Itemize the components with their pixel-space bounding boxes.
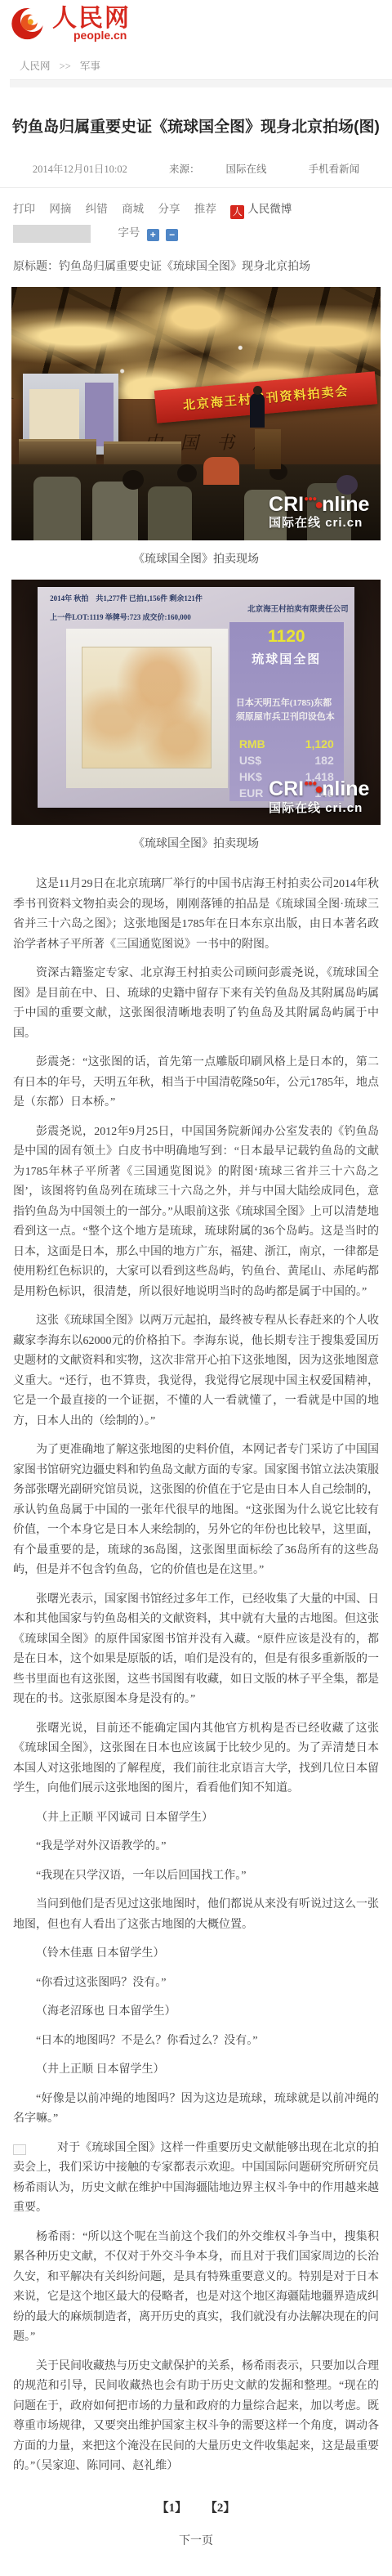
people-weibo-label: 人民微博 xyxy=(247,203,292,215)
fontsize-increase-button[interactable]: + xyxy=(147,229,159,241)
article-toolbar: 打印 网摘 纠错 商城 分享 推荐 人人民微博 字号 + − xyxy=(0,188,392,246)
paragraph: （海老沼琢也 日本留学生） xyxy=(13,2002,379,2023)
paragraph: “我是学对外汉语教学的。” xyxy=(13,1837,379,1857)
paragraph: “我现在只学汉语，一年以后回国找工作。” xyxy=(13,1866,379,1887)
people-cn-swoosh-icon xyxy=(10,5,47,47)
audience-red-jacket xyxy=(203,457,239,485)
lot-number: 1120 xyxy=(236,627,337,647)
screen-previous-lot-line: 上一件LOT:1119 举牌号:723 成交价:160,000 xyxy=(50,612,191,622)
screen-panel-thumb xyxy=(85,383,114,446)
article-body: 这是11月29日在北京琉璃厂举行的中国书店海王村拍卖公司2014年秋季书刊资料文… xyxy=(0,864,392,2477)
people-cn-logo[interactable]: 人民网 people.cn xyxy=(10,5,392,47)
paragraph: 彭震尧：“这张图的话，首先第一点雕版印刷风格上是日本的，第二有日本的年号，天明五… xyxy=(13,1053,379,1113)
site-header: 人民网 people.cn 人民网 >> 军事 xyxy=(0,0,392,87)
photo2-caption: 《琉球国全图》拍卖现场 xyxy=(0,835,392,851)
paragraph: 彭震尧说，2012年9月25日，中国国务院新闻办公室发表的《钓鱼岛是中国的固有领… xyxy=(13,1122,379,1303)
breadcrumb-separator: >> xyxy=(60,60,71,72)
cri-watermark: CRI●●●●nline 国际在线 cri.cn xyxy=(269,493,369,531)
price-row: US$182 xyxy=(236,752,337,768)
paragraph: “你看过这张图吗？没有。” xyxy=(13,1973,379,1994)
original-title: 原标题：钓鱼岛归属重要史证《琉球国全图》现身北京拍场 xyxy=(0,246,392,277)
auctioneer-silhouette xyxy=(250,393,265,428)
print-button[interactable]: 打印 xyxy=(13,198,35,221)
paragraph: 杨希雨：“所以这个呢在当前这个我们的外交维权斗争当中，搜集积累各种历史文献，不仅… xyxy=(13,2228,379,2348)
correction-button[interactable]: 纠错 xyxy=(86,198,108,221)
breadcrumb-home-link[interactable]: 人民网 xyxy=(20,60,51,72)
lot-name: 琉球国全图 xyxy=(236,650,337,667)
screen-company-name: 北京海王村拍卖有限责任公司 xyxy=(247,603,349,614)
paragraph: “日本的地图吗？不是么？你看过么？没有。” xyxy=(13,2032,379,2052)
cri-watermark: CRI●●●●nline 国际在线 cri.cn xyxy=(269,777,369,815)
paragraph: “好像是以前冲绳的地图吗？因为这边是琉球，琉球就是以前冲绳的名字嘛。” xyxy=(13,2090,379,2130)
paragraph: 张曙光表示，国家图书馆经过多年工作，已经收集了大量的中国、日本和其他国家与钓鱼岛… xyxy=(13,1590,379,1710)
lot-description: 日本天明五年(1785)东都须原屋市兵卫刊印设色本 xyxy=(236,697,337,724)
source-link[interactable]: 国际在线 xyxy=(225,164,266,175)
article-title: 钓鱼岛归属重要史证《琉球国全图》现身北京拍场(图) xyxy=(0,98,392,148)
people-weibo-link[interactable]: 人人民微博 xyxy=(230,198,292,221)
mobile-news-link[interactable]: 手机看新闻 xyxy=(309,164,360,175)
paragraph: （井上正顺 日本留学生） xyxy=(13,2060,379,2081)
broken-image-placeholder xyxy=(13,2144,26,2155)
paragraph: 这是11月29日在北京琉璃厂举行的中国书店海王村拍卖公司2014年秋季书刊资料文… xyxy=(13,875,379,955)
ryukyu-map-image xyxy=(82,647,212,768)
paragraph: 为了更准确地了解这张地图的史料价值，本网记者专门采访了中国国家图书馆研究边疆史料… xyxy=(13,1440,379,1581)
page-1-link[interactable]: 【1】 xyxy=(157,2502,188,2515)
people-weibo-icon: 人 xyxy=(230,205,244,219)
page-2-link[interactable]: 【2】 xyxy=(205,2502,236,2515)
recommend-button[interactable]: 推荐 xyxy=(194,198,216,221)
paragraph: （井上正顺 平冈诚司 日本留学生） xyxy=(13,1808,379,1829)
paragraph: 这张《琉球国全图》以两万元起拍，最终被专程从长春赶来的个人收藏家李海东以6200… xyxy=(13,1311,379,1431)
article-meta: 2014年12月01日10:02 来源：国际在线 手机看新闻 xyxy=(0,158,392,188)
paragraph: 对于《琉球国全图》这样一件重要历史文献能够出现在北京的拍卖会上，我们采访中接触的… xyxy=(13,2139,379,2219)
digest-button[interactable]: 网摘 xyxy=(49,198,71,221)
share-button[interactable]: 分享 xyxy=(158,198,180,221)
photo1-caption: 《琉球国全图》拍卖现场 xyxy=(0,550,392,567)
auction-hall-photo: 中国书店 北京海王村书刊资料拍卖会 CRI●●●●nline 国际在线 cri.… xyxy=(11,287,381,540)
paragraph: 张曙光说，目前还不能确定国内其他官方机构是否已经收藏了这张《琉球国全图》，这张图… xyxy=(13,1719,379,1799)
podium xyxy=(255,429,281,470)
header-divider-band xyxy=(10,79,392,87)
breadcrumb-section-link[interactable]: 军事 xyxy=(80,60,100,72)
fontsize-label: 字号 xyxy=(118,226,140,239)
chair-silhouette xyxy=(92,482,138,540)
paragraph: 关于民间收藏热与历史文献保护的关系，杨希雨表示，只要加以合理的规范和引导，民间收… xyxy=(13,2357,379,2477)
pagination: 【1】 【2】 xyxy=(0,2498,392,2516)
paragraph: 资深古籍鉴定专家、北京海王村拍卖公司顾问彭震尧说，《琉球国全图》是目前在中、日、… xyxy=(13,964,379,1044)
paragraph: 当问到他们是否见过这张地图时，他们都说从来没有听说过这么一张地图，但也有人看出了… xyxy=(13,1895,379,1935)
ad-placeholder xyxy=(13,225,91,243)
mall-button[interactable]: 商城 xyxy=(122,198,144,221)
chair-silhouette xyxy=(33,477,81,540)
display-case xyxy=(19,439,96,467)
price-row: RMB1,120 xyxy=(236,736,337,752)
next-page-link[interactable]: 下一页 xyxy=(0,2532,392,2548)
projection-screen-photo: 2014年 秋拍 共1,277件 已拍1,156件 剩余121件 北京海王村拍卖… xyxy=(11,580,381,825)
chair-silhouette xyxy=(148,486,192,540)
breadcrumb: 人民网 >> 军事 xyxy=(10,47,392,79)
paragraph-with-broken-image: 对于《琉球国全图》这样一件重要历史文献能够出现在北京的拍卖会上，我们采访中接触的… xyxy=(13,2139,379,2219)
screen-map-thumb xyxy=(29,389,79,439)
lot-info-panel: 1120 琉球国全图 日本天明五年(1785)东都须原屋市兵卫刊印设色本 RMB… xyxy=(229,622,344,801)
logo-text-en: people.cn xyxy=(73,29,131,42)
projection-screen: 2014年 秋拍 共1,277件 已拍1,156件 剩余121件 北京海王村拍卖… xyxy=(38,587,355,808)
publish-date: 2014年12月01日10:02 xyxy=(33,164,127,175)
screen-stats-line: 2014年 秋拍 共1,277件 已拍1,156件 剩余121件 xyxy=(50,593,203,603)
source-label: 来源： xyxy=(169,164,200,175)
audience-head-silhouette xyxy=(122,470,144,490)
paragraph: （铃木佳惠 日本留学生） xyxy=(13,1944,379,1964)
fontsize-decrease-button[interactable]: − xyxy=(166,229,178,241)
audience-head-silhouette xyxy=(336,475,358,495)
